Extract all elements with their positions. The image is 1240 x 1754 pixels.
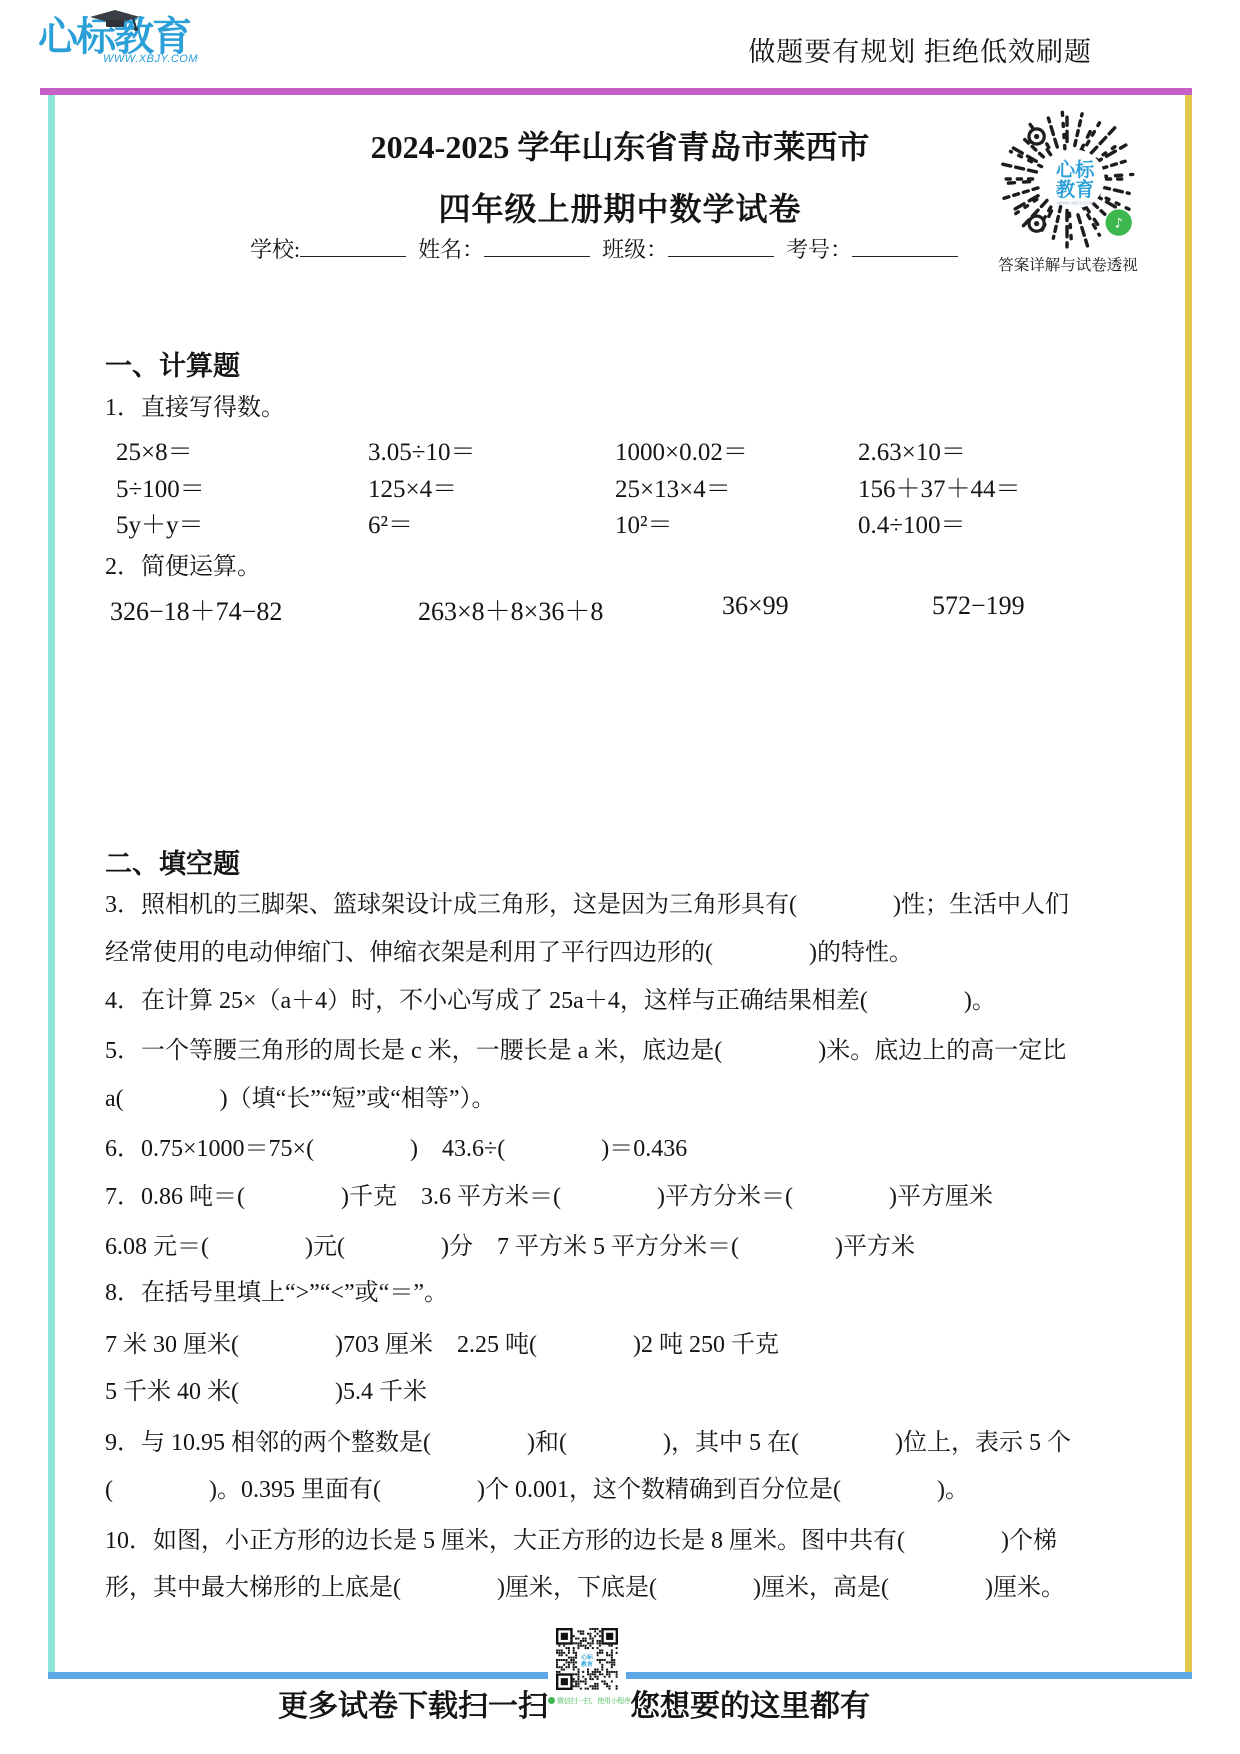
simplify-1: 326−18＋74−82 [110, 591, 282, 628]
q2-label: 2．简便运算。 [105, 546, 261, 581]
qr-finder-top-left [556, 1628, 573, 1645]
qr-logo-line2: 教育 [1055, 178, 1095, 201]
fill-line-11: 5 千米 40 米( )5.4 千米 [105, 1371, 427, 1406]
name-blank-line [484, 234, 590, 257]
qr-logo-url: WWW.XBJY.COM [1057, 200, 1094, 205]
equation-1-2: 3.05÷10＝ [368, 432, 475, 468]
info-label-examno: 考号： [786, 237, 852, 262]
footer-right-text: 您想要的这里都有 [630, 1681, 870, 1725]
fill-line-1: 3．照相机的三脚架、篮球架设计成三角形，这是因为三角形具有( )性；生活中人们 [105, 884, 1069, 919]
svg-text:♪: ♪ [1114, 217, 1122, 232]
left-border-line [48, 95, 55, 1672]
equation-2-4: 156＋37＋44＝ [858, 469, 1021, 505]
fill-line-12: 9．与 10.95 相邻的两个整数是( )和( )，其中 5 在( )位上，表示… [105, 1422, 1071, 1457]
qr-finder-bottom-left [556, 1673, 573, 1690]
section-1-heading: 一、计算题 [105, 344, 240, 383]
footer-left-text: 更多试卷下载扫一扫 [278, 1681, 548, 1725]
equation-3-1: 5y＋y＝ [116, 505, 204, 541]
info-label-school: 学校: [250, 237, 300, 262]
fill-line-4: 5．一个等腰三角形的周长是 c 米，一腰长是 a 米，底边是( )米。底边上的高… [105, 1030, 1066, 1065]
q1-label: 1．直接写得数。 [105, 387, 285, 422]
info-row: 学校:姓名：班级：考号： [250, 233, 970, 264]
answer-qr-code: 心标 教育 WWW.XBJY.COM ♪ [990, 102, 1142, 254]
simplify-4: 572−199 [932, 591, 1025, 621]
fill-line-3: 4．在计算 25×（a＋4）时，不小心写成了 25a＋4，这样与正确结果相差( … [105, 980, 996, 1015]
school-blank-line [300, 234, 406, 257]
exam-paper-page: 心标教育 WWW.XBJY.COM 做题要有规划 拒绝低效刷题 2024-202… [0, 0, 1240, 1754]
fill-line-9: 8．在括号里填上“>”“<”或“＝”。 [105, 1272, 448, 1307]
equation-2-3: 25×13×4＝ [615, 469, 731, 505]
equation-2-2: 125×4＝ [368, 469, 457, 505]
equation-row-3: 5y＋y＝ 6²＝ 10²＝ 0.4÷100＝ [0, 505, 1240, 537]
footer-qr-block: 心标 教育 微信扫一扫，使用小程序 [548, 1628, 626, 1706]
equation-3-2: 6²＝ [368, 505, 413, 541]
footer-scan-caption: 微信扫一扫，使用小程序 [548, 1696, 626, 1706]
section-2-heading: 二、填空题 [105, 842, 240, 881]
qr-caption: 答案详解与试卷透视 [973, 253, 1163, 275]
fill-line-13: ( )。0.395 里面有( )个 0.001，这个数精确到百分位是( )。 [105, 1469, 969, 1504]
fill-line-14: 10．如图，小正方形的边长是 5 厘米，大正方形的边长是 8 厘米。图中共有( … [105, 1520, 1057, 1555]
equation-3-4: 0.4÷100＝ [858, 505, 965, 541]
info-label-class: 班级： [602, 237, 668, 262]
fill-line-5: a( )（填“长”“短”或“相等”）。 [105, 1078, 496, 1113]
class-blank-line [668, 234, 774, 257]
equation-row-2: 5÷100＝ 125×4＝ 25×13×4＝ 156＋37＋44＝ [0, 469, 1240, 501]
wechat-icon [548, 1697, 555, 1704]
header-slogan: 做题要有规划 拒绝低效刷题 [748, 30, 1092, 69]
fill-line-6: 6．0.75×1000＝75×( ) 43.6÷( )＝0.436 [105, 1128, 687, 1163]
qr-finder-top-right [601, 1628, 618, 1645]
equation-3-3: 10²＝ [615, 505, 673, 541]
equation-2-1: 5÷100＝ [116, 469, 205, 505]
equation-1-1: 25×8＝ [116, 432, 193, 468]
fill-line-10: 7 米 30 厘米( )703 厘米 2.25 吨( )2 吨 250 千克 [105, 1324, 779, 1359]
fill-line-8: 6.08 元＝( )元( )分 7 平方米 5 平方分米＝( )平方米 [105, 1226, 915, 1261]
simplify-row: 326−18＋74−82 263×8＋8×36＋8 36×99 572−199 [0, 591, 1240, 623]
graduation-cap-icon [88, 8, 142, 32]
examno-blank-line [852, 234, 958, 257]
fill-line-2: 经常使用的电动伸缩门、伸缩衣架是利用了平行四边形的( )的特性。 [105, 932, 913, 967]
info-label-name: 姓名： [418, 237, 484, 262]
simplify-3: 36×99 [722, 591, 789, 621]
fill-line-7: 7．0.86 吨＝( )千克 3.6 平方米＝( )平方分米＝( )平方厘米 [105, 1176, 993, 1211]
header-logo: 心标教育 WWW.XBJY.COM [38, 14, 198, 65]
top-border-line [40, 88, 1192, 95]
equation-1-4: 2.63×10＝ [858, 432, 966, 468]
qr-logo-line1: 心标 [1056, 158, 1095, 181]
footer-qr-logo-line1: 心标 [581, 1653, 594, 1661]
fill-line-15: 形，其中最大梯形的上底是( )厘米，下底是( )厘米，高是( )厘米。 [105, 1567, 1065, 1602]
equation-row-1: 25×8＝ 3.05÷10＝ 1000×0.02＝ 2.63×10＝ [0, 432, 1240, 464]
right-border-line [1185, 95, 1192, 1672]
equation-1-3: 1000×0.02＝ [615, 432, 748, 468]
simplify-2: 263×8＋8×36＋8 [418, 591, 603, 628]
footer-qr-logo-line2: 教育 [580, 1660, 593, 1668]
scan-caption-text: 微信扫一扫，使用小程序 [557, 1698, 631, 1705]
footer-qr-code: 心标 教育 [556, 1628, 618, 1690]
